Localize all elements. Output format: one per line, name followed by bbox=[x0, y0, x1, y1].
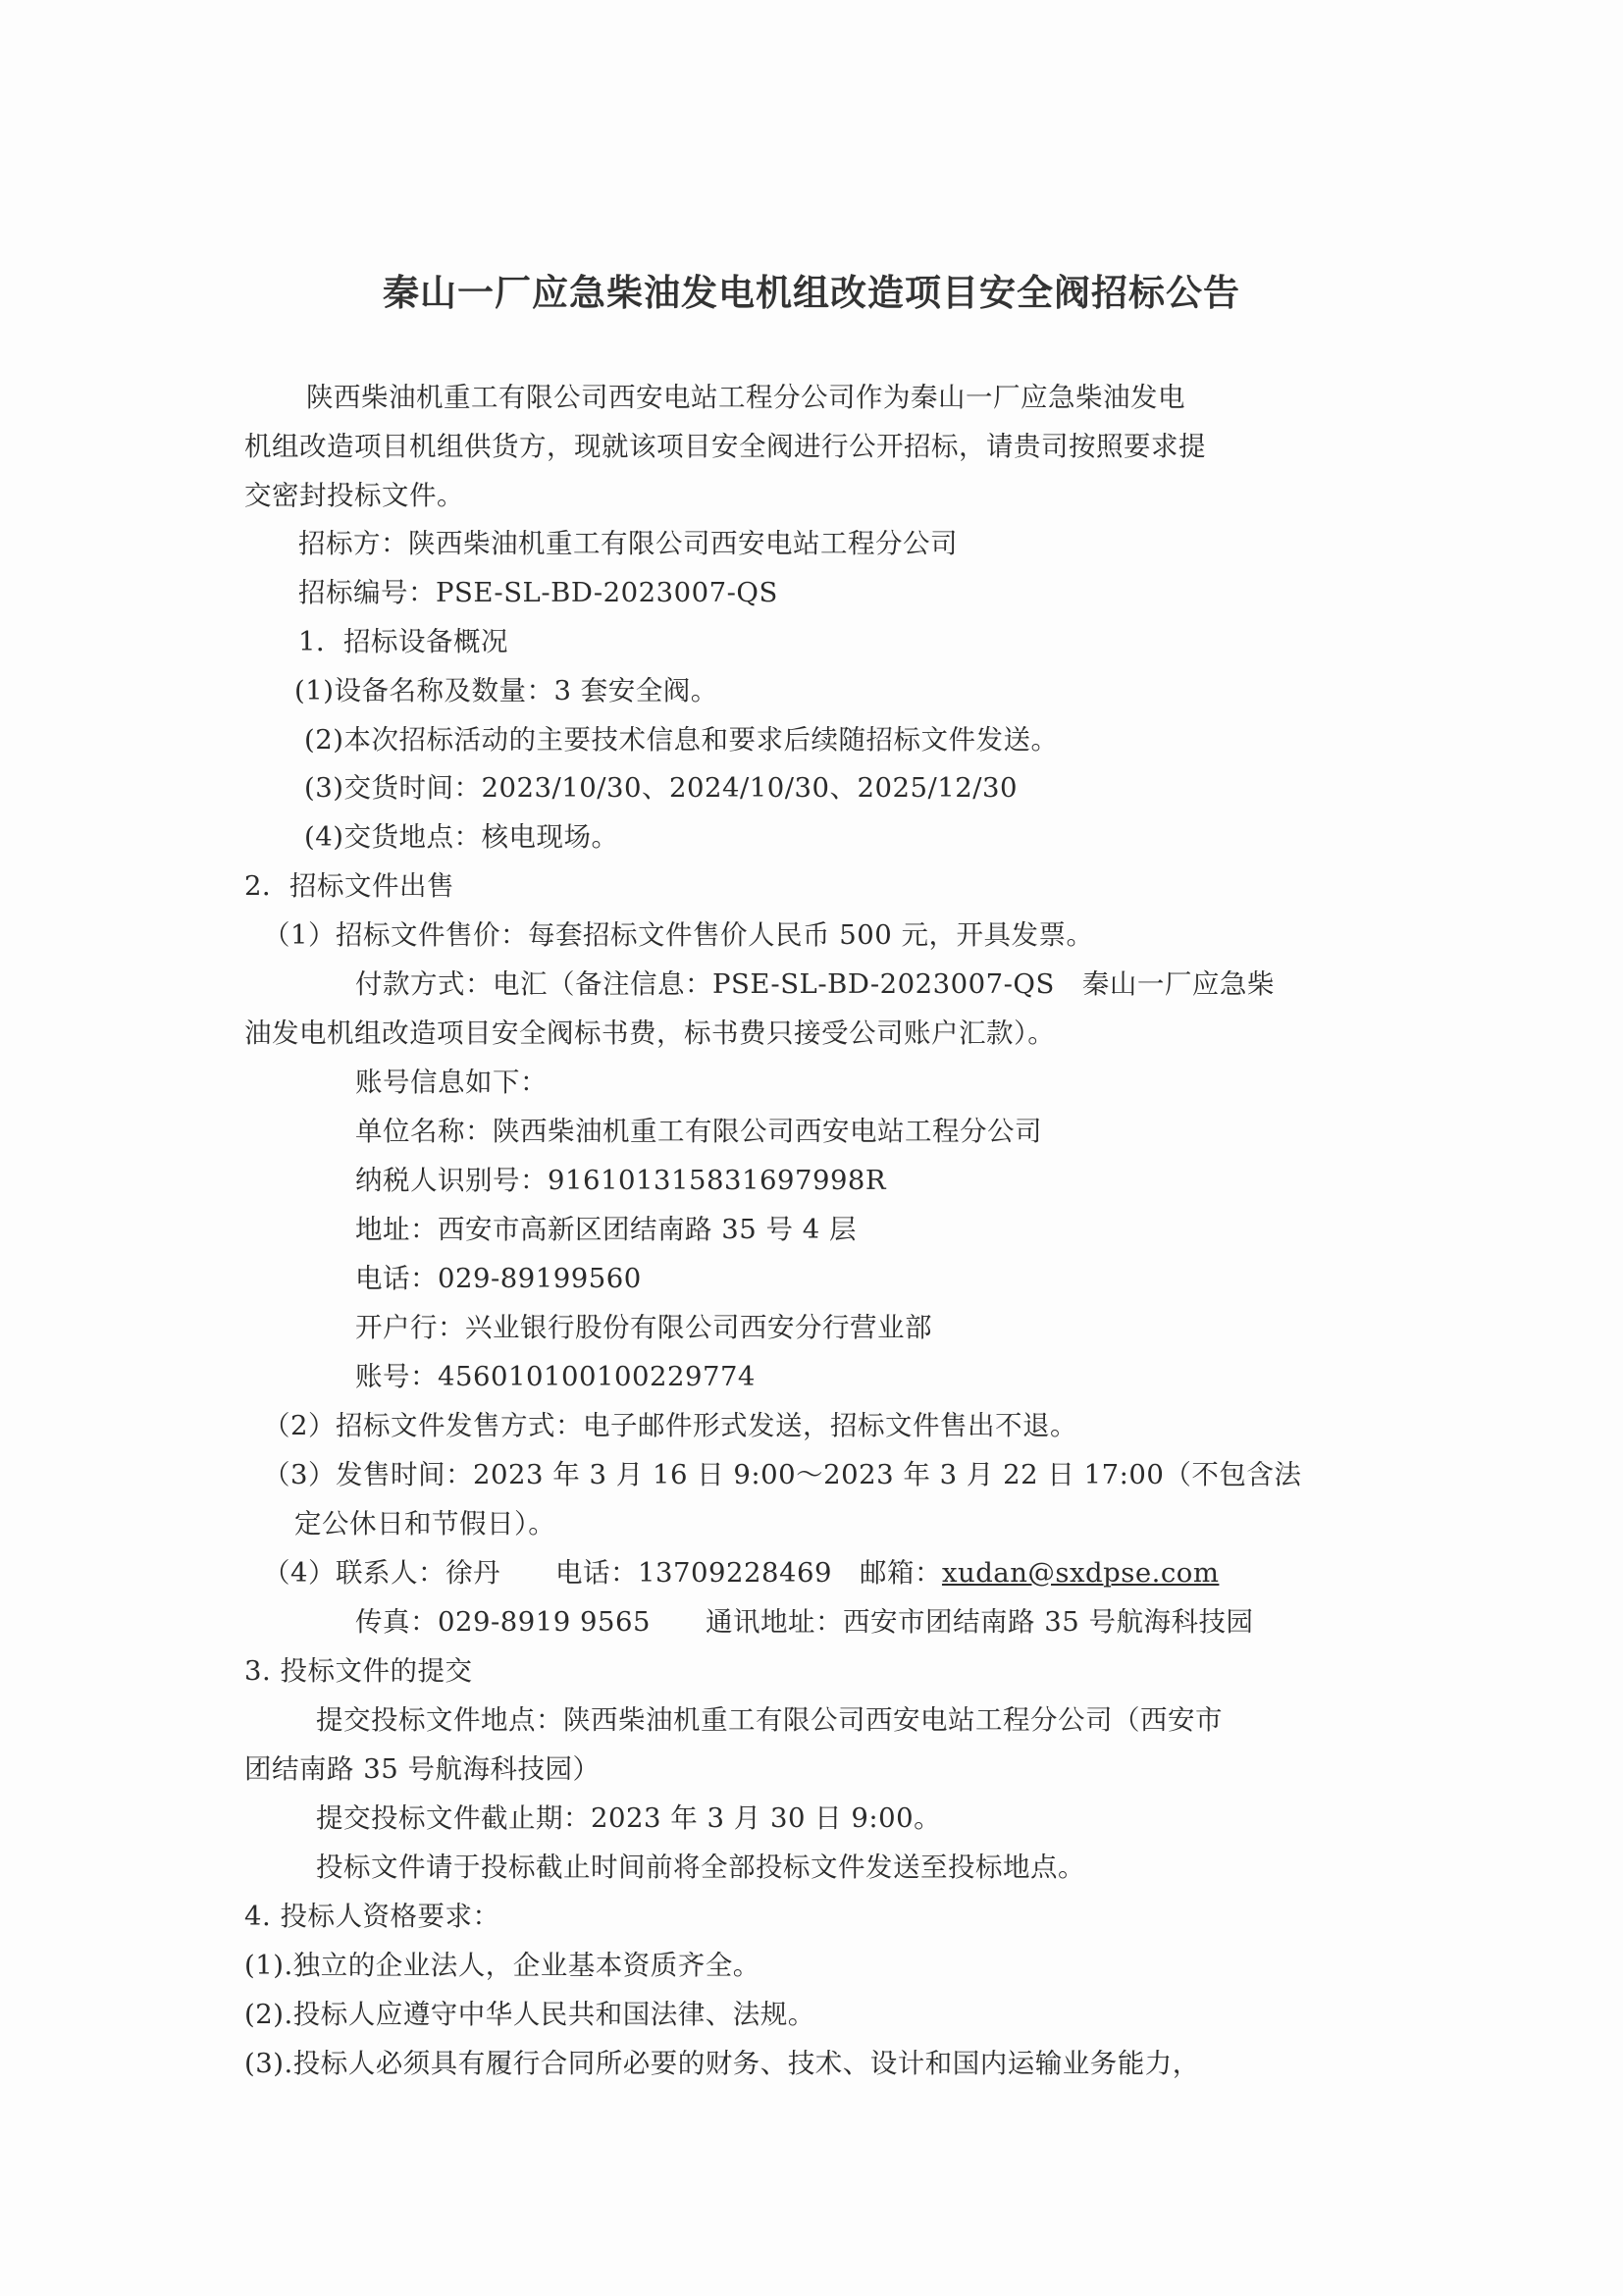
intro-line-3: 交密封投标文件。 bbox=[244, 479, 464, 512]
section-1-item-3: (3)交货时间：2023/10/30、2024/10/30、2025/12/30 bbox=[304, 771, 1018, 805]
intro-line-1: 陕西柴油机重工有限公司西安电站工程分公司作为秦山一厂应急柴油发电 bbox=[306, 381, 1185, 414]
section-4-heading: 4. 投标人资格要求： bbox=[244, 1900, 499, 1933]
section-3-location-line-1: 提交投标文件地点：陕西柴油机重工有限公司西安电站工程分公司（西安市 bbox=[316, 1703, 1223, 1737]
contact-prefix: （4）联系人：徐丹 电话：13709228469 邮箱： bbox=[263, 1557, 942, 1589]
account-taxpayer-id: 纳税人识别号：916101315831697998R bbox=[355, 1164, 886, 1197]
document-page: 秦山一厂应急柴油发电机组改造项目安全阀招标公告 陕西柴油机重工有限公司西安电站工… bbox=[0, 0, 1623, 2296]
section-3-location-line-2: 团结南路 35 号航海科技园） bbox=[244, 1752, 600, 1786]
contact-fax-address: 传真：029-8919 9565 通讯地址：西安市团结南路 35 号航海科技园 bbox=[355, 1605, 1253, 1639]
account-unit-name: 单位名称：陕西柴油机重工有限公司西安电站工程分公司 bbox=[355, 1115, 1042, 1148]
intro-line-2: 机组改造项目机组供货方，现就该项目安全阀进行公开招标，请贵司按照要求提 bbox=[244, 430, 1206, 463]
section-2-sale-time-line-1: （3）发售时间：2023 年 3 月 16 日 9:00～2023 年 3 月 … bbox=[263, 1458, 1301, 1491]
section-4-item-1: (1).独立的企业法人，企业基本资质齐全。 bbox=[244, 1949, 760, 1982]
tenderer: 招标方：陕西柴油机重工有限公司西安电站工程分公司 bbox=[298, 527, 958, 560]
section-3-deadline: 提交投标文件截止期：2023 年 3 月 30 日 9:00。 bbox=[316, 1801, 941, 1835]
document-title: 秦山一厂应急柴油发电机组改造项目安全阀招标公告 bbox=[0, 263, 1623, 316]
tender-number: 招标编号：PSE-SL-BD-2023007-QS bbox=[298, 576, 778, 609]
section-2-heading: 2．招标文件出售 bbox=[244, 869, 454, 903]
section-2-payment-line-2: 油发电机组改造项目安全阀标书费，标书费只接受公司账户汇款）。 bbox=[244, 1017, 1055, 1050]
account-bank: 开户行：兴业银行股份有限公司西安分行营业部 bbox=[355, 1311, 932, 1344]
section-1-item-4: (4)交货地点：核电现场。 bbox=[304, 820, 618, 854]
section-2-payment-line-1: 付款方式：电汇（备注信息：PSE-SL-BD-2023007-QS 秦山一厂应急… bbox=[355, 967, 1275, 1001]
account-number: 账号：456010100100229774 bbox=[355, 1360, 756, 1393]
section-4-item-2: (2).投标人应遵守中华人民共和国法律、法规。 bbox=[244, 1998, 815, 2031]
section-4-item-3: (3).投标人必须具有履行合同所必要的财务、技术、设计和国内运输业务能力， bbox=[244, 2047, 1200, 2080]
section-3-note: 投标文件请于投标截止时间前将全部投标文件发送至投标地点。 bbox=[316, 1851, 1085, 1884]
section-1-item-1: (1)设备名称及数量：3 套安全阀。 bbox=[294, 674, 718, 707]
section-2-contact: （4）联系人：徐丹 电话：13709228469 邮箱：xudan@sxdpse… bbox=[263, 1556, 1219, 1590]
contact-email-link[interactable]: xudan@sxdpse.com bbox=[942, 1557, 1219, 1589]
section-2-price: （1）招标文件售价：每套招标文件售价人民币 500 元，开具发票。 bbox=[263, 918, 1093, 952]
section-1-heading: 1．招标设备概况 bbox=[298, 625, 508, 658]
account-phone: 电话：029-89199560 bbox=[355, 1262, 642, 1295]
section-1-item-2: (2)本次招标活动的主要技术信息和要求后续随招标文件发送。 bbox=[304, 723, 1058, 757]
account-intro: 账号信息如下： bbox=[355, 1066, 548, 1099]
account-address: 地址：西安市高新区团结南路 35 号 4 层 bbox=[355, 1213, 857, 1246]
section-3-heading: 3. 投标文件的提交 bbox=[244, 1654, 472, 1688]
section-2-sale-time-line-2: 定公休日和节假日）。 bbox=[294, 1507, 555, 1540]
section-2-sale-method: （2）招标文件发售方式：电子邮件形式发送，招标文件售出不退。 bbox=[263, 1409, 1077, 1442]
